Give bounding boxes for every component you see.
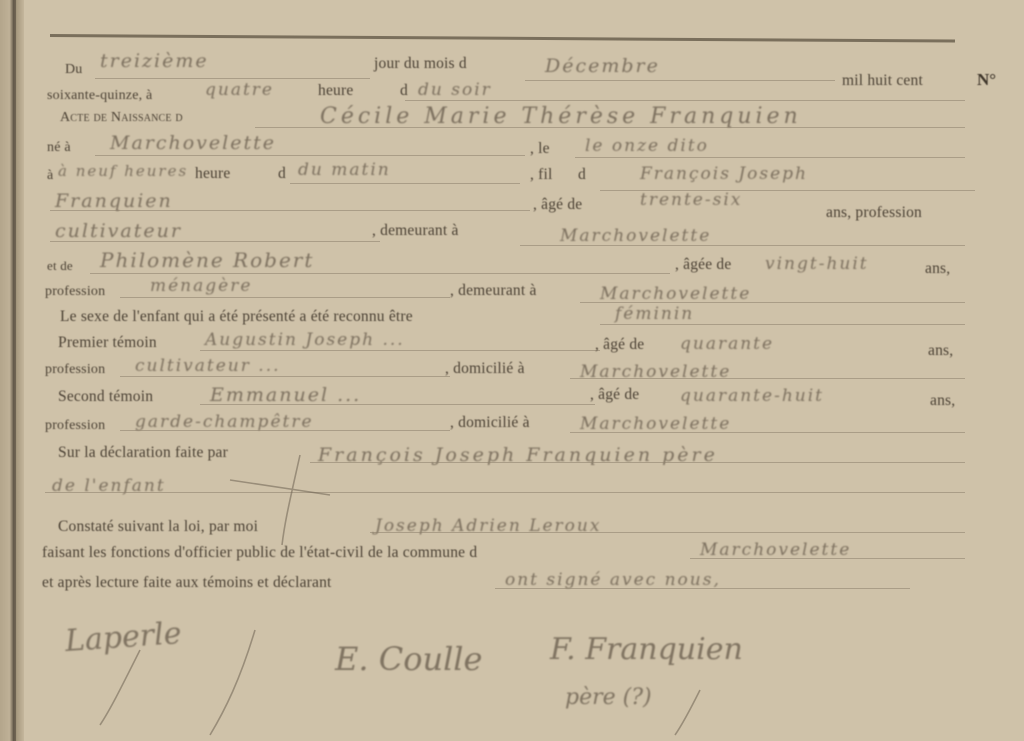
- handwriting-strokes: [0, 0, 1024, 741]
- birth-record-page: Du treizième jour du mois d Décembre mil…: [0, 0, 1024, 741]
